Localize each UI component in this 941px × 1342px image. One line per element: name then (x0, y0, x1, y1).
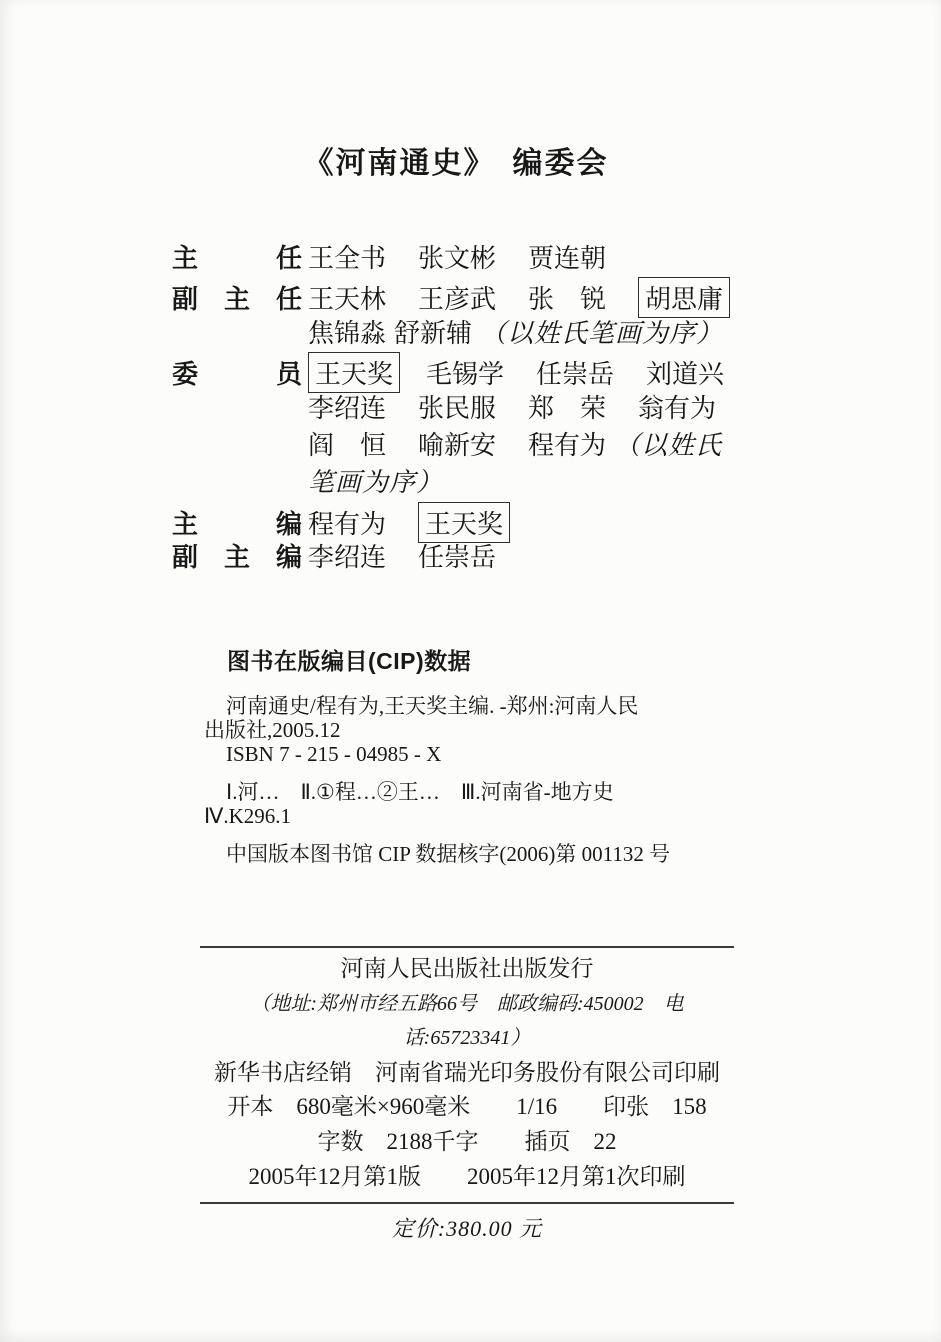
distribution-line: 新华书店经销 河南省瑞光印务股份有限公司印刷 (200, 1056, 734, 1091)
book-copyright-page: 《河南通史》 编委会 主 任王全书张文彬贾连朝 副 主 任王天林王彦武张 锐胡思… (0, 0, 941, 1342)
person-name: 张文彬 (418, 244, 496, 273)
cip-data-block: 图书在版编目(CIP)数据 河南通史/程有为,王天奖主编. -郑州:河南人民 出… (204, 648, 804, 866)
person-name-boxed: 胡思庸 (638, 277, 730, 318)
cip-isbn: ISBN 7 - 215 - 04985 - X (204, 742, 804, 766)
cip-heading: 图书在版编目(CIP)数据 (204, 648, 804, 674)
role-label: 副 主 任 (172, 281, 308, 318)
committee-row-deputy-chief-editor: 副 主 编李绍连任崇岳 (172, 539, 812, 576)
role-label: 主 任 (172, 240, 308, 277)
address-line: （地址:郑州市经五路66号 邮政编码:450002 电话:65723341） (200, 987, 734, 1056)
person-name: 任崇岳 (418, 543, 496, 572)
person-name: 任崇岳 (536, 360, 614, 389)
person-name: 王天林 (308, 285, 386, 314)
person-name: 王全书 (308, 244, 386, 273)
editorial-committee: 主 任王全书张文彬贾连朝 副 主 任王天林王彦武张 锐胡思庸 焦锦淼舒新辅（以姓… (172, 240, 812, 577)
person-name: 焦锦淼 (308, 319, 386, 348)
person-name: 贾连朝 (528, 244, 606, 273)
committee-row-members: 李绍连张民服郑 荣翁有为 (172, 390, 812, 427)
person-name: 王彦武 (418, 285, 496, 314)
divider-bottom (200, 1202, 734, 1204)
cip-record-number: 中国版本图书馆 CIP 数据核字(2006)第 001132 号 (204, 842, 804, 866)
format-line: 开本 680毫米×960毫米 1/16 印张 158 (200, 1090, 734, 1125)
person-name: 喻新安 (418, 431, 496, 460)
committee-row-chief-editor: 主 编程有为王天奖 (172, 502, 812, 539)
page-title: 《河南通史》 编委会 (0, 146, 912, 182)
person-name: 舒新辅 (394, 319, 472, 348)
sort-order-note: （以姓氏 (614, 431, 722, 460)
committee-row-members: 委 员王天奖毛锡学任崇岳刘道兴 (172, 352, 812, 389)
person-name: 张民服 (418, 394, 496, 423)
person-name: 刘道兴 (646, 360, 724, 389)
person-name: 翁有为 (638, 394, 716, 423)
publisher-line: 河南人民出版社出版发行 (200, 948, 734, 987)
cip-classification-line2: Ⅳ.K296.1 (204, 804, 804, 828)
price-line: 定价:380.00 元 (200, 1212, 734, 1246)
colophon-block: 河南人民出版社出版发行 （地址:郑州市经五路66号 邮政编码:450002 电话… (200, 946, 734, 1246)
person-name: 毛锡学 (426, 360, 504, 389)
committee-row-deputy-director: 副 主 任王天林王彦武张 锐胡思庸 (172, 277, 812, 314)
person-name-boxed: 王天奖 (418, 502, 510, 543)
cip-entry-line2: 出版社,2005.12 (204, 718, 804, 742)
cip-entry-line1: 河南通史/程有为,王天奖主编. -郑州:河南人民 (204, 694, 804, 718)
edition-line: 2005年12月第1版 2005年12月第1次印刷 (200, 1160, 734, 1195)
person-name: 阎 恒 (308, 431, 386, 460)
person-name: 李绍连 (308, 543, 386, 572)
person-name: 程有为 (528, 431, 606, 460)
role-label: 委 员 (172, 356, 308, 393)
committee-row-continuation: 焦锦淼舒新辅（以姓氏笔画为序） (172, 315, 812, 352)
role-label: 副 主 编 (172, 539, 308, 576)
role-label: 主 编 (172, 506, 308, 543)
person-name: 李绍连 (308, 394, 386, 423)
committee-row-director: 主 任王全书张文彬贾连朝 (172, 240, 812, 277)
sort-order-note: 笔画为序） (308, 468, 443, 497)
word-count-line: 字数 2188千字 插页 22 (200, 1125, 734, 1160)
person-name: 郑 荣 (528, 394, 606, 423)
person-name-boxed: 王天奖 (308, 352, 400, 393)
sort-order-note: （以姓氏笔画为序） (480, 319, 723, 348)
person-name: 张 锐 (528, 285, 606, 314)
committee-row-members: 阎 恒喻新安程有为（以姓氏 (172, 427, 812, 464)
committee-row-note-continuation: 笔画为序） (172, 464, 812, 501)
cip-classification-line1: Ⅰ.河… Ⅱ.①程…②王… Ⅲ.河南省-地方史 (204, 780, 804, 804)
person-name: 程有为 (308, 510, 386, 539)
